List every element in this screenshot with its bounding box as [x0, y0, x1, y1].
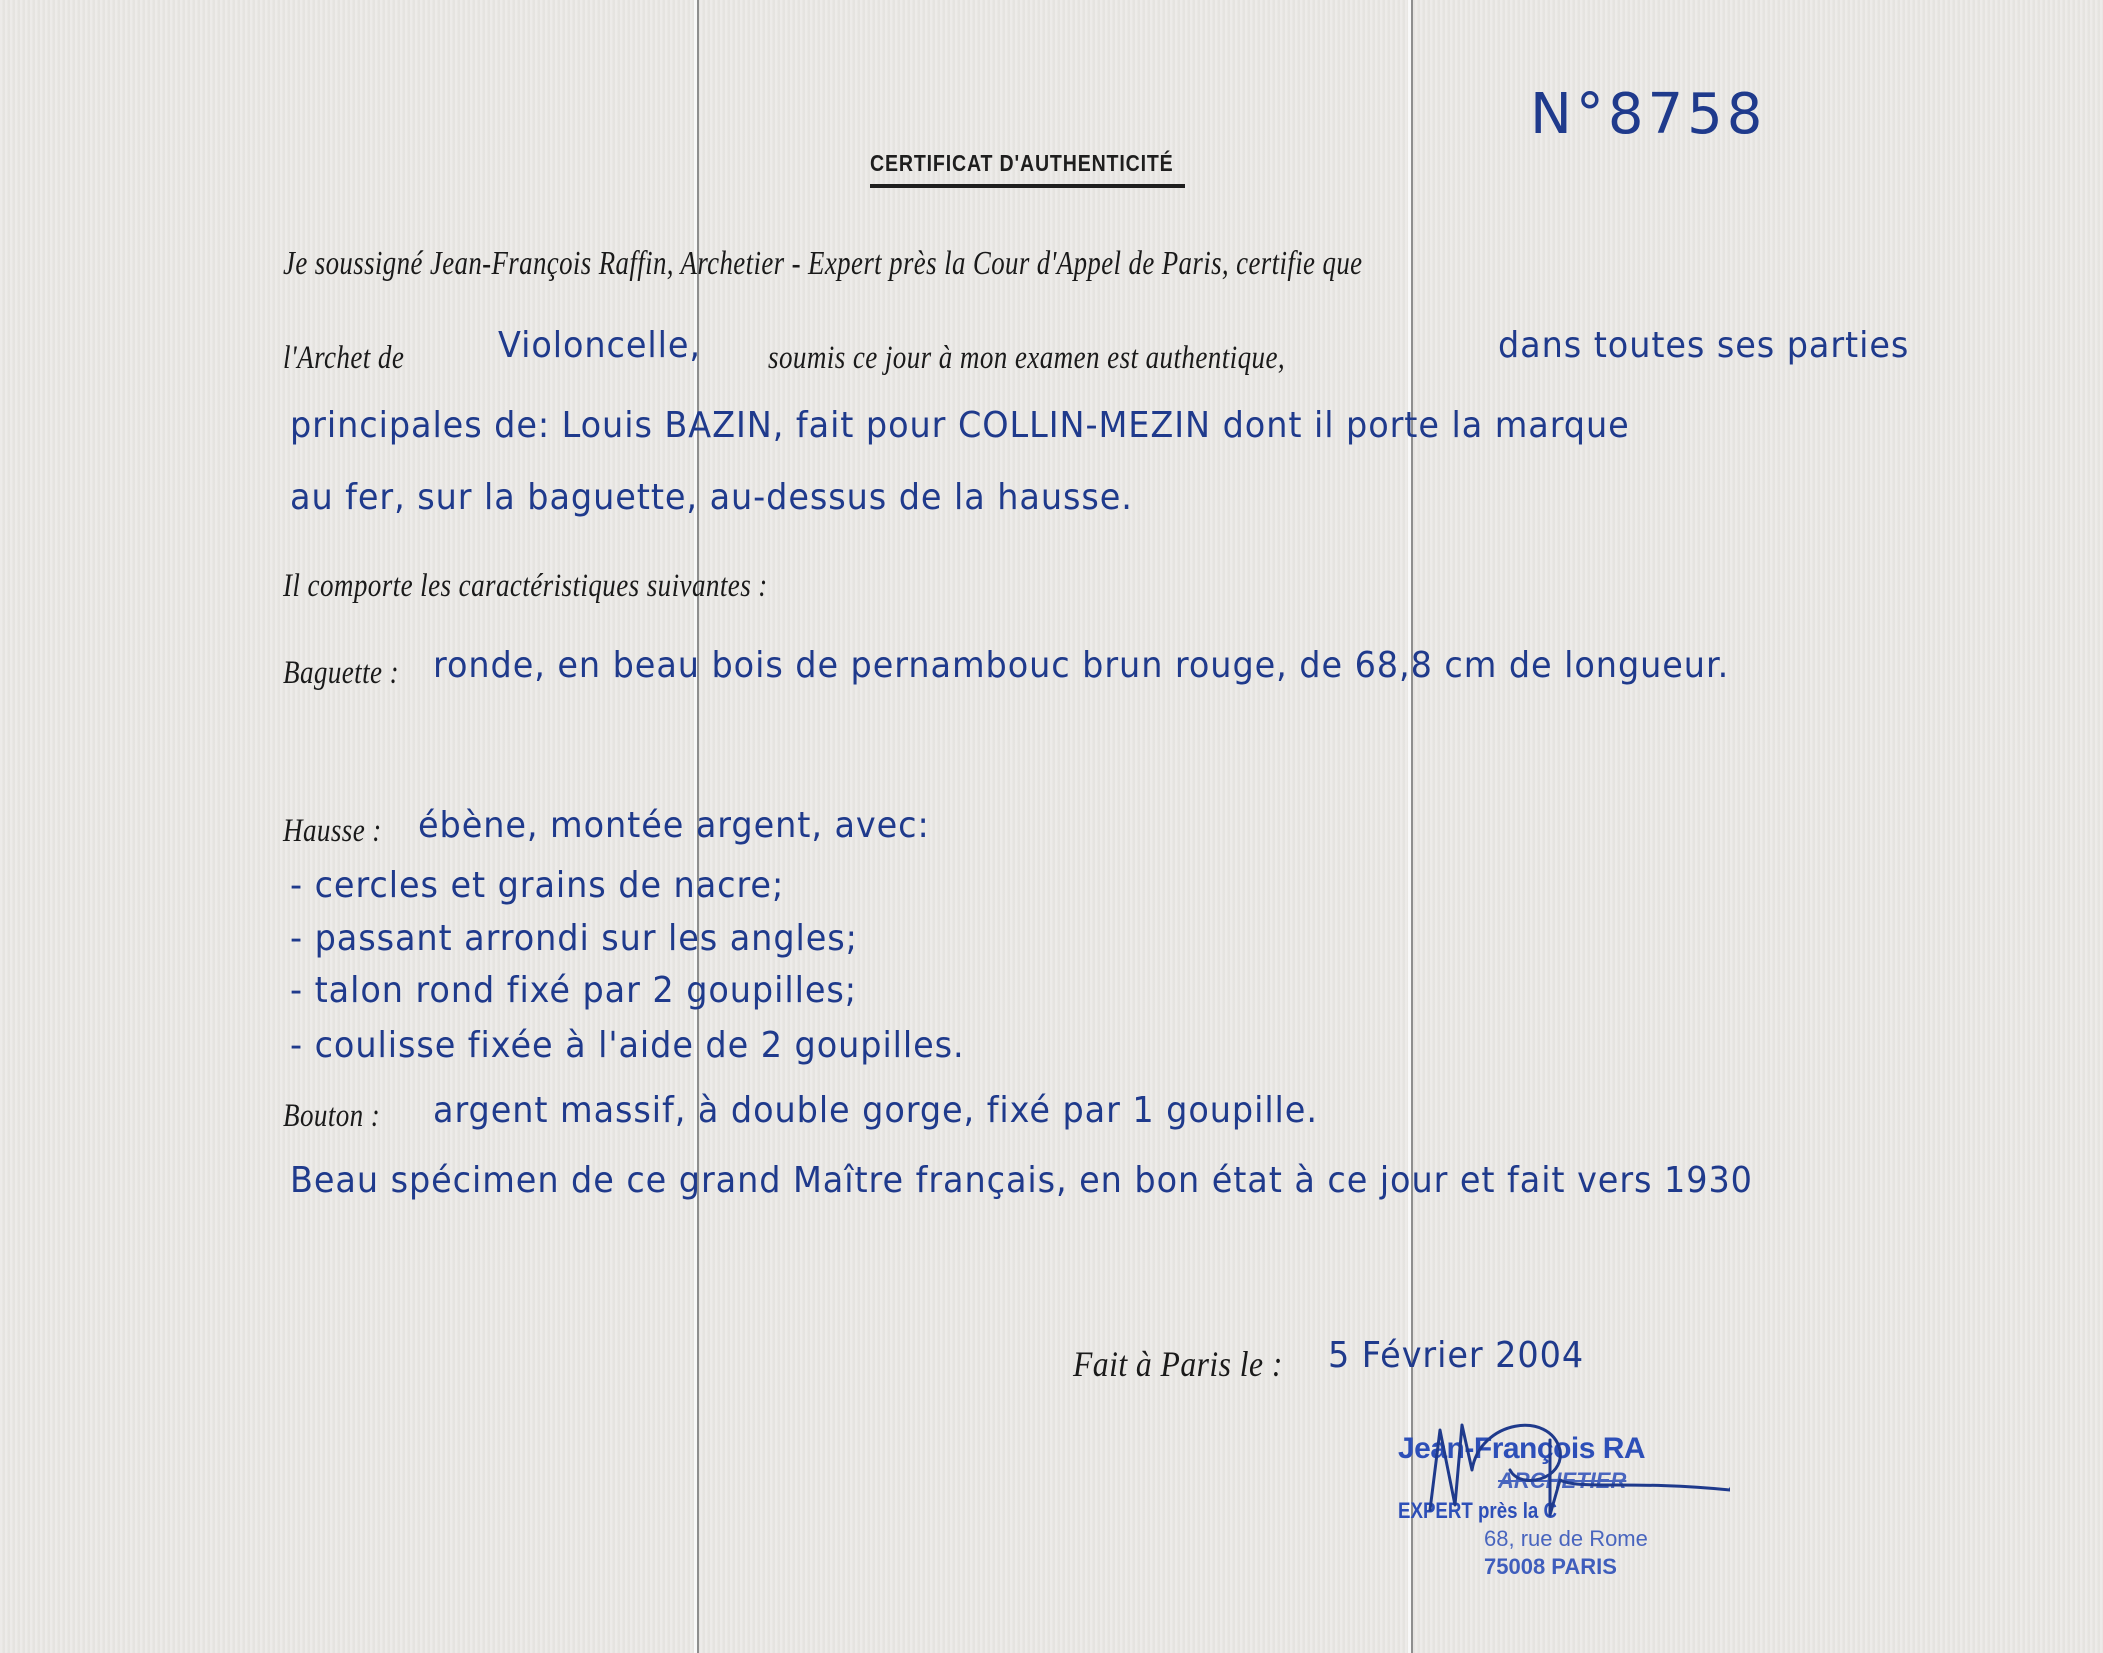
archet-line: l'Archet de Violoncelle, soumis ce jour … [283, 325, 1983, 385]
hausse-item-1: - cercles et grains de nacre; [290, 865, 784, 906]
hausse-row: Hausse : ébène, montée argent, avec: [283, 805, 1283, 865]
document-title: CERTIFICAT D'AUTHENTICITÉ [870, 150, 1174, 177]
handwritten-line-2: au fer, sur la baguette, au-dessus de la… [290, 477, 1133, 518]
handwritten-line-1: principales de: Louis BAZIN, fait pour C… [290, 405, 1630, 446]
hausse-label: Hausse : [283, 813, 382, 850]
archet-instrument: Violoncelle, [498, 325, 701, 366]
signed-row: Fait à Paris le : 5 Février 2004 [1073, 1335, 1773, 1395]
fold-line-right [1408, 0, 1414, 1653]
hausse-value: ébène, montée argent, avec: [418, 805, 930, 846]
signature-icon [1400, 1410, 1730, 1520]
archet-printed-start: l'Archet de [283, 340, 404, 377]
archet-printed-middle: soumis ce jour à mon examen est authenti… [768, 340, 1285, 377]
hausse-item-4: - coulisse fixée à l'aide de 2 goupilles… [290, 1025, 965, 1066]
intro-line: Je soussigné Jean-François Raffin, Arche… [283, 245, 1362, 283]
archet-handwritten-end: dans toutes ses parties [1498, 325, 1909, 366]
signed-date: 5 Février 2004 [1328, 1335, 1584, 1376]
bouton-label: Bouton : [283, 1098, 380, 1135]
bouton-row: Bouton : argent massif, à double gorge, … [283, 1090, 1683, 1150]
stamp-address: 68, rue de Rome [1484, 1526, 1648, 1552]
baguette-row: Baguette : ronde, en beau bois de pernam… [283, 645, 2083, 705]
signed-place-label: Fait à Paris le : [1073, 1343, 1283, 1385]
conclusion-line: Beau spécimen de ce grand Maître françai… [290, 1160, 1753, 1201]
baguette-value: ronde, en beau bois de pernambouc brun r… [433, 645, 1729, 686]
title-underline [870, 184, 1185, 188]
hausse-item-3: - talon rond fixé par 2 goupilles; [290, 970, 857, 1011]
baguette-label: Baguette : [283, 655, 399, 692]
characteristics-heading: Il comporte les caractéristiques suivant… [283, 568, 768, 605]
certificate-number: N°8758 [1530, 82, 1766, 147]
hausse-item-2: - passant arrondi sur les angles; [290, 918, 858, 959]
bouton-value: argent massif, à double gorge, fixé par … [433, 1090, 1318, 1131]
stamp-city: 75008 PARIS [1484, 1554, 1617, 1580]
